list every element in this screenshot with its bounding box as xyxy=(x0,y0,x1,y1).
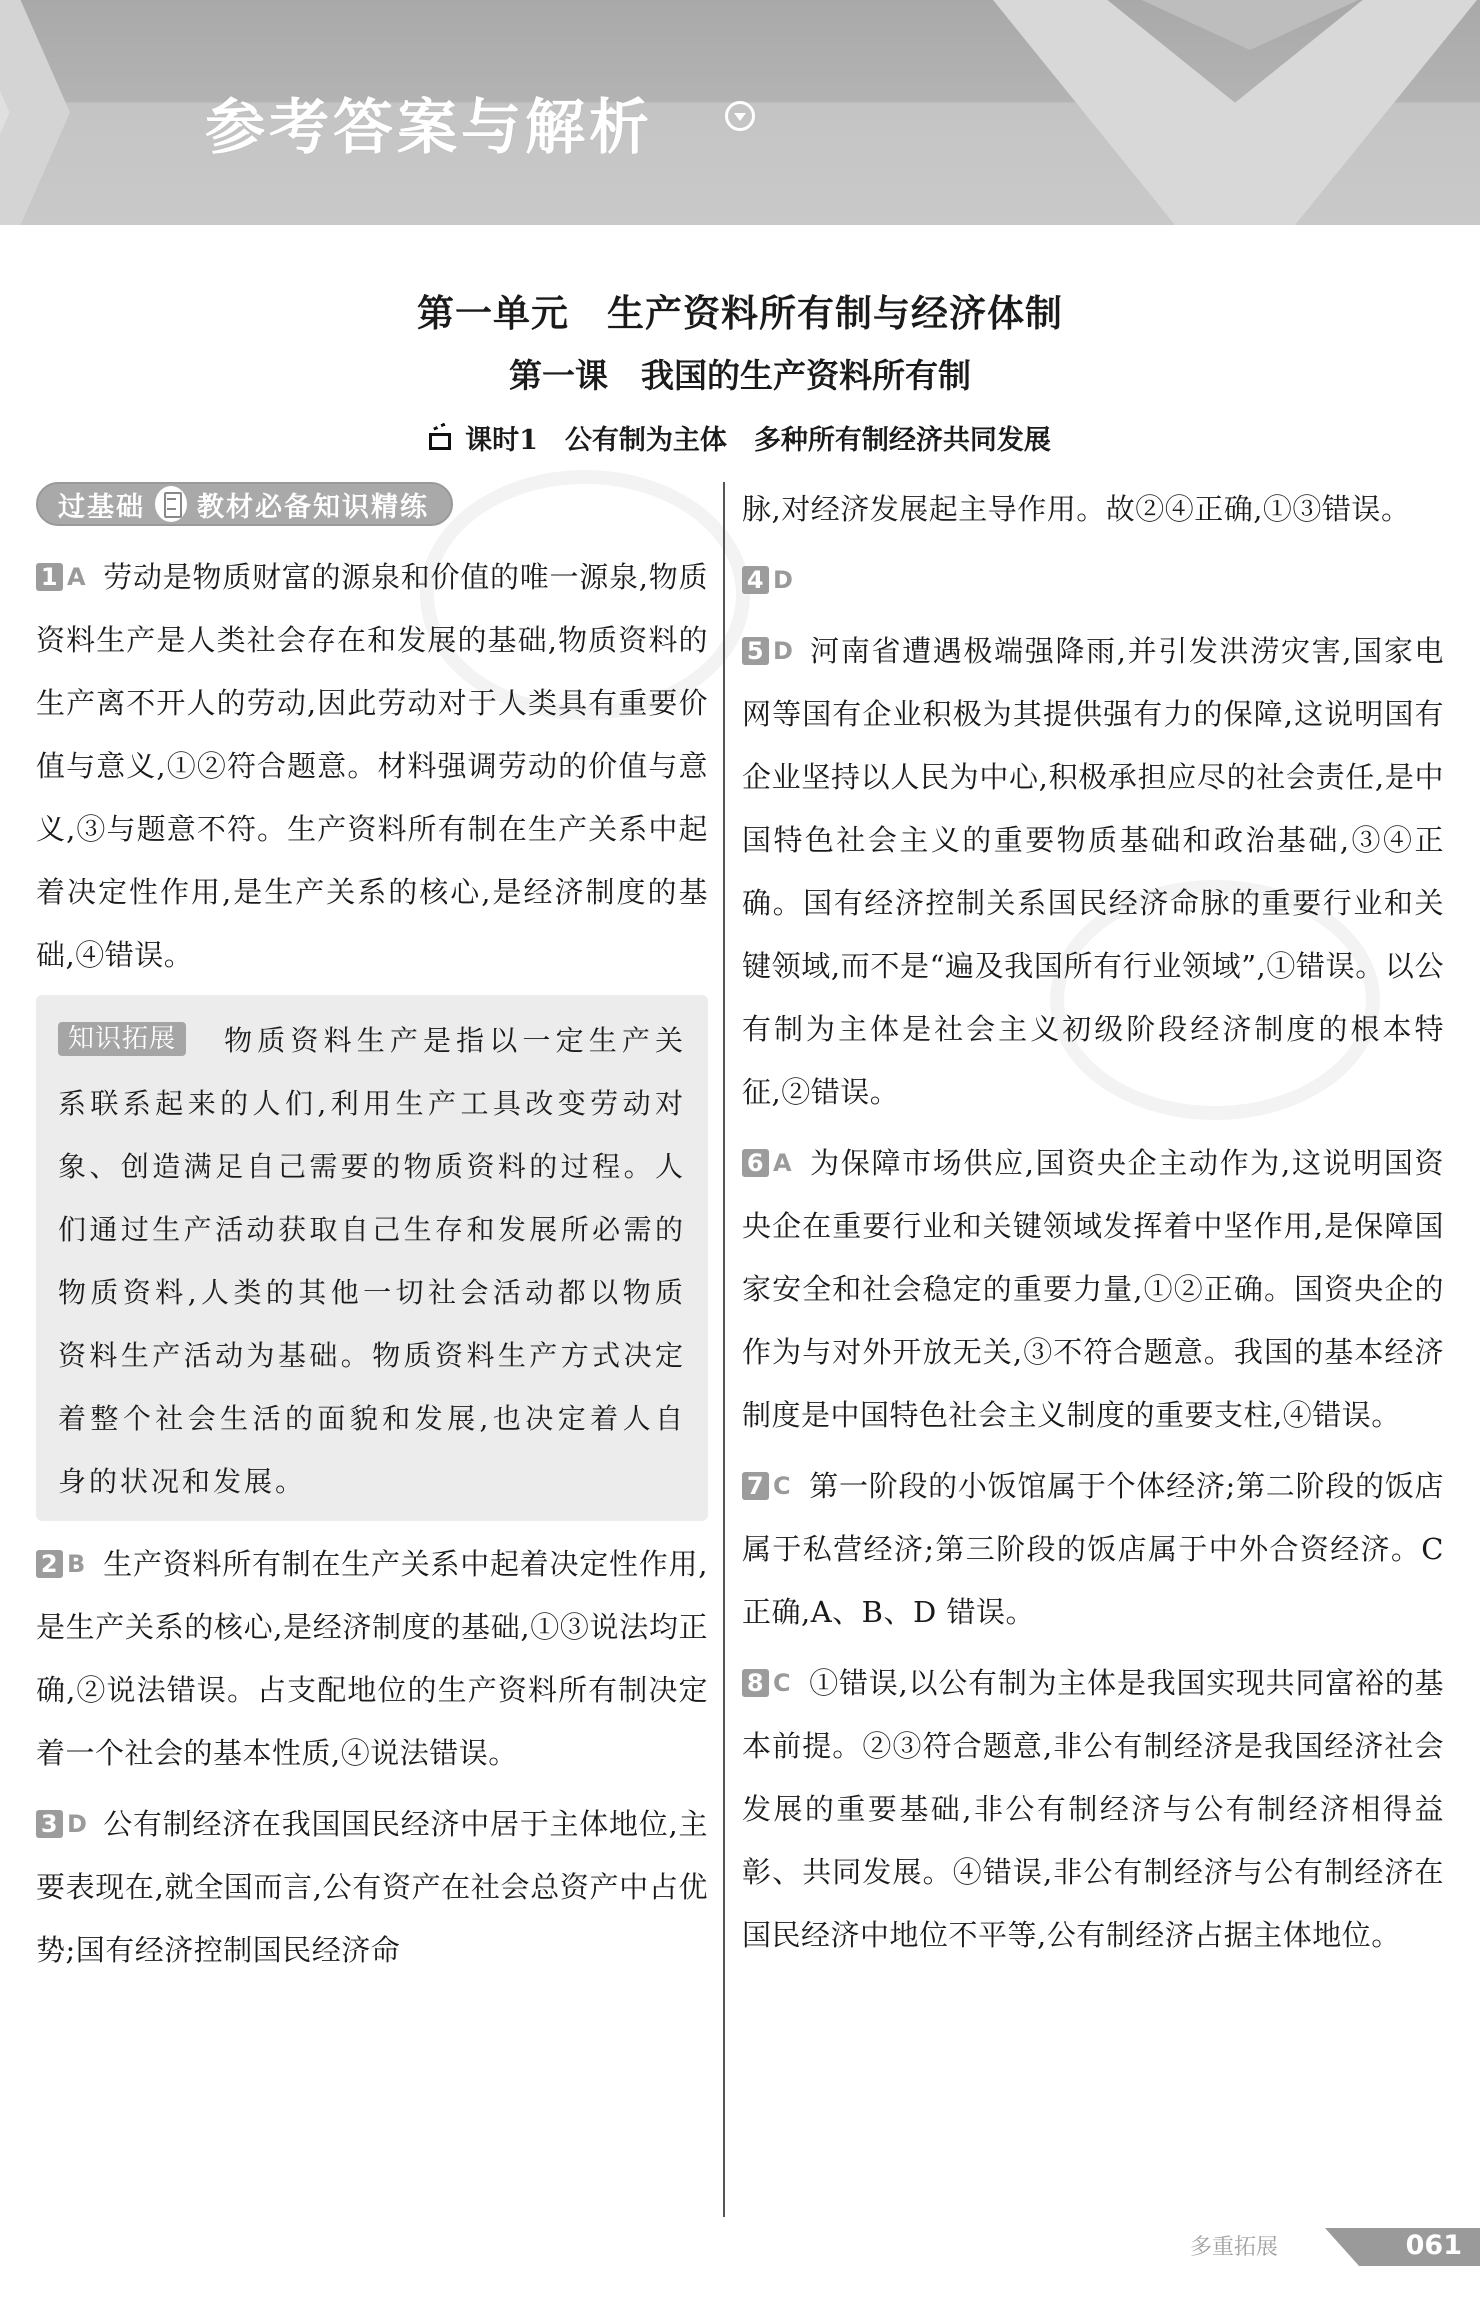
answer-letter: C xyxy=(769,1455,809,1518)
answer-explanation: ①错误,以公有制为主体是我国实现共同富裕的基本前提。②③符合题意,非公有制经济是… xyxy=(742,1666,1444,1952)
answer-item-6: 6A为保障市场供应,国资央企主动作为,这说明国资央企在重要行业和关键领域发挥着中… xyxy=(742,1132,1444,1447)
answer-explanation: 劳动是物质财富的源泉和价值的唯一源泉,物质资料生产是人类社会存在和发展的基础,物… xyxy=(36,560,708,972)
answer-explanation: 脉,对经济发展起主导作用。故②④正确,①③错误。 xyxy=(742,492,1410,526)
unit-title: 第一单元 生产资料所有制与经济体制 xyxy=(0,283,1480,337)
question-number-badge: 3 xyxy=(36,1810,63,1838)
left-column: 过基础 教材必备知识精练 1A劳动是物质财富的源泉和价值的唯一源泉,物质资料生产… xyxy=(36,482,708,1990)
question-number-badge: 7 xyxy=(742,1472,769,1500)
section-header: 过基础 教材必备知识精练 xyxy=(36,482,453,526)
answer-letter: D xyxy=(769,549,809,612)
answer-item-5: 5D河南省遭遇极端强降雨,并引发洪涝灾害,国家电网等国有企业积极为其提供强有力的… xyxy=(742,620,1444,1124)
answer-item-4: 4D xyxy=(742,549,1444,612)
question-number-badge: 4 xyxy=(742,566,769,594)
knowledge-extension-box: 知识拓展物质资料生产是指以一定生产关系联系起来的人们,利用生产工具改变劳动对象、… xyxy=(36,995,708,1521)
answer-item-3-continued: 脉,对经济发展起主导作用。故②④正确,①③错误。 xyxy=(742,478,1444,541)
answer-letter: A xyxy=(769,1132,809,1195)
lesson-title: 第一课 我国的生产资料所有制 xyxy=(0,350,1480,397)
section-label-left: 过基础 xyxy=(58,485,145,524)
tv-screen-icon xyxy=(429,433,451,450)
footer-label: 多重拓展 xyxy=(1190,2230,1278,2261)
header-banner: 参考答案与解析 xyxy=(0,0,1480,225)
page-header-title: 参考答案与解析 xyxy=(205,80,653,166)
answer-letter: B xyxy=(63,1533,103,1596)
column-divider xyxy=(723,482,725,2217)
period-title-text: 课时1 公有制为主体 多种所有制经济共同发展 xyxy=(465,425,1051,456)
question-number-badge: 2 xyxy=(36,1550,63,1578)
answer-letter: D xyxy=(63,1793,103,1856)
chevron-decoration xyxy=(0,0,70,225)
answer-explanation: 为保障市场供应,国资央企主动作为,这说明国资央企在重要行业和关键领域发挥着中坚作… xyxy=(742,1146,1444,1432)
answer-item-1: 1A劳动是物质财富的源泉和价值的唯一源泉,物质资料生产是人类社会存在和发展的基础… xyxy=(36,546,708,987)
page-footer: 多重拓展 061 xyxy=(1180,2228,1480,2266)
right-column: 脉,对经济发展起主导作用。故②④正确,①③错误。 4D 5D河南省遭遇极端强降雨… xyxy=(742,478,1444,1975)
question-number-badge: 6 xyxy=(742,1149,769,1177)
page-number: 061 xyxy=(1406,2230,1462,2261)
answer-item-3: 3D公有制经济在我国国民经济中居于主体地位,主要表现在,就全国而言,公有资产在社… xyxy=(36,1793,708,1982)
question-number-badge: 1 xyxy=(36,563,63,591)
question-number-badge: 8 xyxy=(742,1669,769,1697)
circle-down-triangle-icon xyxy=(725,101,755,131)
answer-explanation: 河南省遭遇极端强降雨,并引发洪涝灾害,国家电网等国有企业积极为其提供强有力的保障… xyxy=(742,634,1444,1109)
section-label-right: 教材必备知识精练 xyxy=(197,485,429,524)
clipboard-icon xyxy=(155,486,187,522)
answer-explanation: 生产资料所有制在生产关系中起着决定性作用,是生产关系的核心,是经济制度的基础,①… xyxy=(36,1547,708,1770)
answer-letter: A xyxy=(63,546,103,609)
question-number-badge: 5 xyxy=(742,637,769,665)
answer-item-8: 8C①错误,以公有制为主体是我国实现共同富裕的基本前提。②③符合题意,非公有制经… xyxy=(742,1652,1444,1967)
knowledge-extension-text: 物质资料生产是指以一定生产关系联系起来的人们,利用生产工具改变劳动对象、创造满足… xyxy=(58,1024,686,1498)
knowledge-extension-tag: 知识拓展 xyxy=(58,1022,186,1056)
answer-letter: D xyxy=(769,620,809,683)
period-title: 课时1 公有制为主体 多种所有制经济共同发展 xyxy=(0,418,1480,457)
answer-letter: C xyxy=(769,1652,809,1715)
answer-explanation: 第一阶段的小饭馆属于个体经济;第二阶段的饭店属于私营经济;第三阶段的饭店属于中外… xyxy=(742,1469,1444,1629)
answer-explanation: 公有制经济在我国国民经济中居于主体地位,主要表现在,就全国而言,公有资产在社会总… xyxy=(36,1807,708,1967)
answer-item-2: 2B生产资料所有制在生产关系中起着决定性作用,是生产关系的核心,是经济制度的基础… xyxy=(36,1533,708,1785)
answer-item-7: 7C第一阶段的小饭馆属于个体经济;第二阶段的饭店属于私营经济;第三阶段的饭店属于… xyxy=(742,1455,1444,1644)
